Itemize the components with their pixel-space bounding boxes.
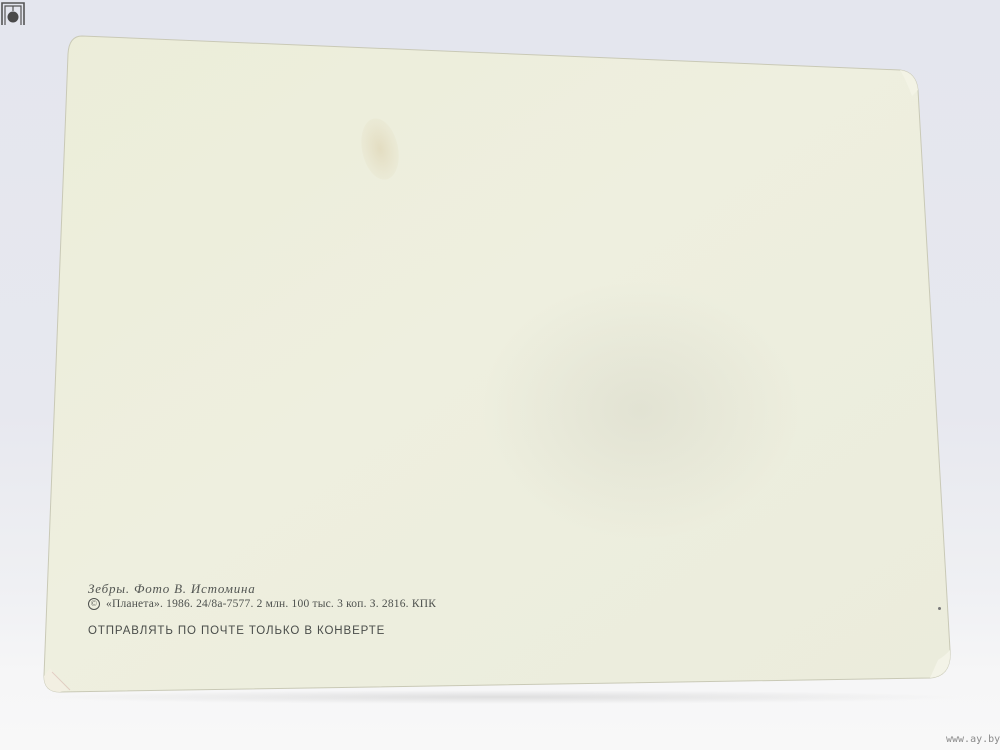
- paper-shading: [480, 280, 800, 540]
- mailing-notice: ОТПРАВЛЯТЬ ПО ПОЧТЕ ТОЛЬКО В КОНВЕРТЕ: [88, 625, 385, 637]
- postcard-caption: Зебры. Фото В. Истомина: [88, 581, 256, 597]
- site-watermark: www.ay.by: [946, 734, 1000, 745]
- postcard: Зебры. Фото В. Истомина ©«Планета». 1986…: [0, 0, 1000, 750]
- planeta-logo-icon: [0, 0, 26, 26]
- imprint-text: «Планета». 1986. 24/8а-7577. 2 млн. 100 …: [106, 598, 436, 610]
- paper-speck: [938, 607, 941, 610]
- publisher-imprint: ©«Планета». 1986. 24/8а-7577. 2 млн. 100…: [88, 598, 436, 610]
- copyright-icon: ©: [88, 598, 100, 610]
